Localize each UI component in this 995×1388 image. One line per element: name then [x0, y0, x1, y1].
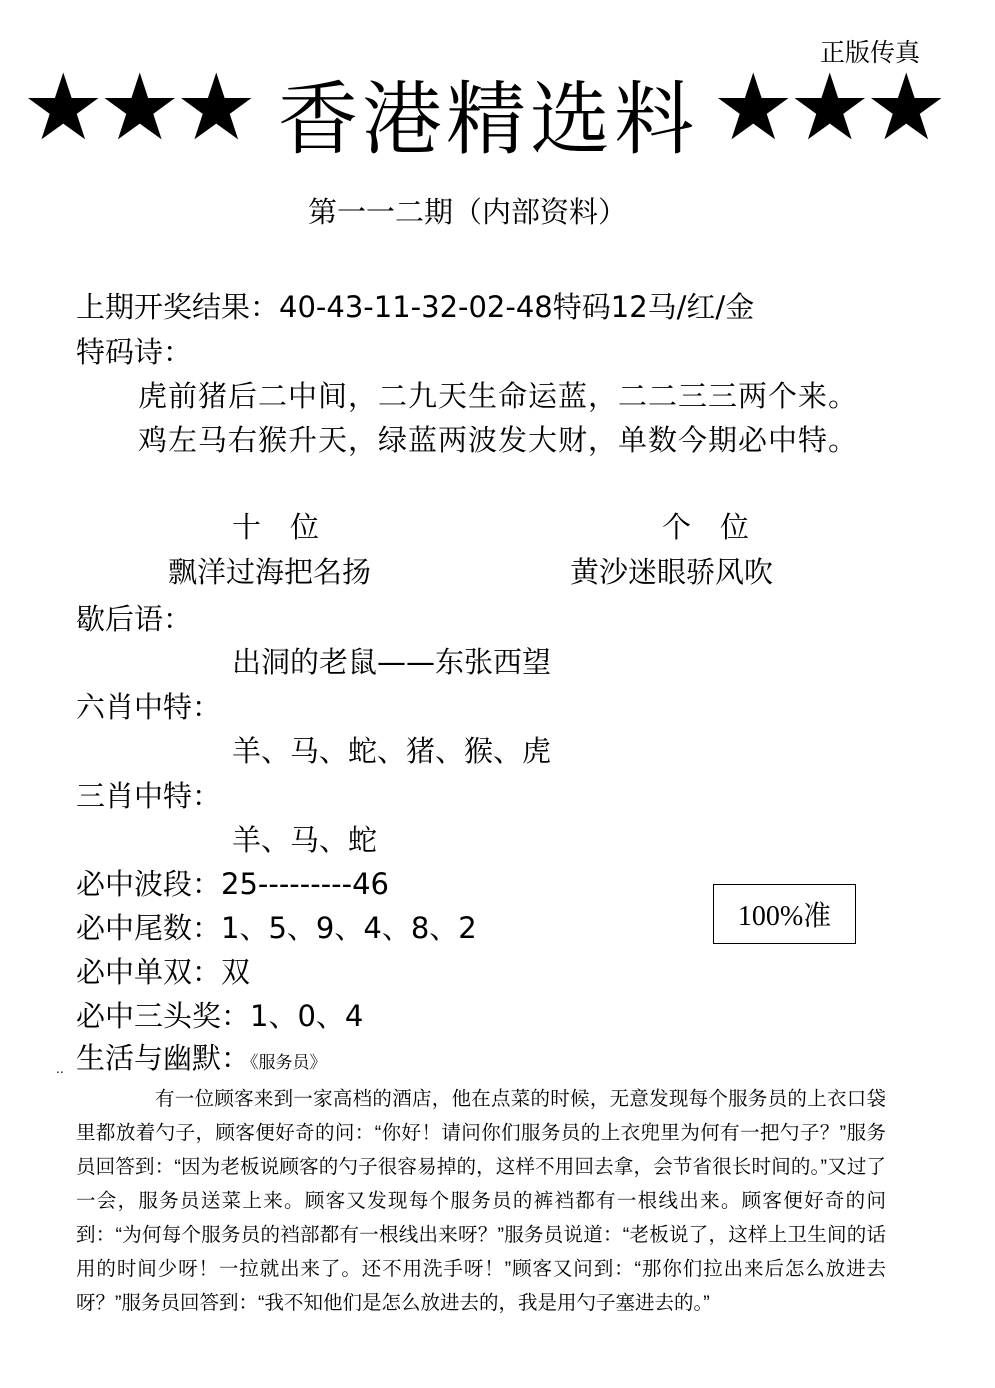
- accuracy-badge: 100%准: [713, 884, 856, 944]
- ones-phrase: 黄沙迷眼骄风吹: [570, 558, 773, 587]
- range-value: 25---------46: [221, 867, 389, 901]
- humor-story-text: 有一位顾客来到一家高档的酒店，他在点菜的时候，无意发现每个服务员的上衣口袋里都放…: [76, 1082, 886, 1320]
- humor-subtitle: 《服务员》: [250, 1053, 327, 1073]
- six-zodiac-value: 羊、马、蛇、猪、猴、虎: [232, 737, 551, 766]
- poem-line-2: 鸡左马右猴升天，绿蓝两波发大财，单数今期必中特。: [138, 426, 858, 455]
- head-row: 必中三头奖：1、0、4: [76, 1002, 363, 1031]
- tens-phrase: 飘洋过海把名扬: [168, 558, 371, 587]
- stars-left-icon: ★★★: [22, 62, 251, 154]
- three-zodiac-value: 羊、马、蛇: [232, 826, 377, 855]
- three-zodiac-label: 三肖中特：: [76, 782, 221, 811]
- range-row: 必中波段：25---------46: [76, 870, 389, 899]
- issue-label: 第一一二期（内部资料）: [308, 190, 627, 231]
- oddeven-label: 必中单双：: [76, 955, 221, 989]
- ones-label: 个 位: [662, 513, 749, 542]
- poem-line-1: 虎前猪后二中间，二九天生命运蓝，二二三三两个来。: [138, 382, 858, 411]
- head-label: 必中三头奖：: [76, 999, 250, 1033]
- scan-dots: ..: [56, 1062, 64, 1076]
- xiehouyu-value: 出洞的老鼠——东张西望: [232, 648, 551, 677]
- tail-label: 必中尾数：: [76, 911, 221, 945]
- six-zodiac-label: 六肖中特：: [76, 693, 221, 722]
- last-result-label: 上期开奖结果：: [76, 290, 279, 324]
- poem-label: 特码诗：: [76, 338, 192, 367]
- xiehouyu-label: 歇后语：: [76, 605, 192, 634]
- humor-story: 有一位顾客来到一家高档的酒店，他在点菜的时候，无意发现每个服务员的上衣口袋里都放…: [76, 1082, 886, 1320]
- last-result: 上期开奖结果：40-43-11-32-02-48特码12马/红/金: [76, 293, 754, 322]
- last-result-value: 40-43-11-32-02-48特码12马/红/金: [279, 290, 754, 324]
- tens-label: 十 位: [232, 513, 319, 542]
- humor-label: 生活与幽默：: [76, 1041, 250, 1075]
- range-label: 必中波段：: [76, 867, 221, 901]
- oddeven-value: 双: [221, 955, 250, 989]
- head-value: 1、0、4: [250, 999, 363, 1033]
- tail-row: 必中尾数：1、5、9、4、8、2: [76, 914, 477, 943]
- humor-heading: 生活与幽默：《服务员》: [76, 1044, 327, 1073]
- tail-value: 1、5、9、4、8、2: [221, 911, 477, 945]
- page-title: 香港精选料: [278, 80, 698, 160]
- oddeven-row: 必中单双：双: [76, 958, 250, 987]
- stars-right-icon: ★★★: [712, 62, 941, 154]
